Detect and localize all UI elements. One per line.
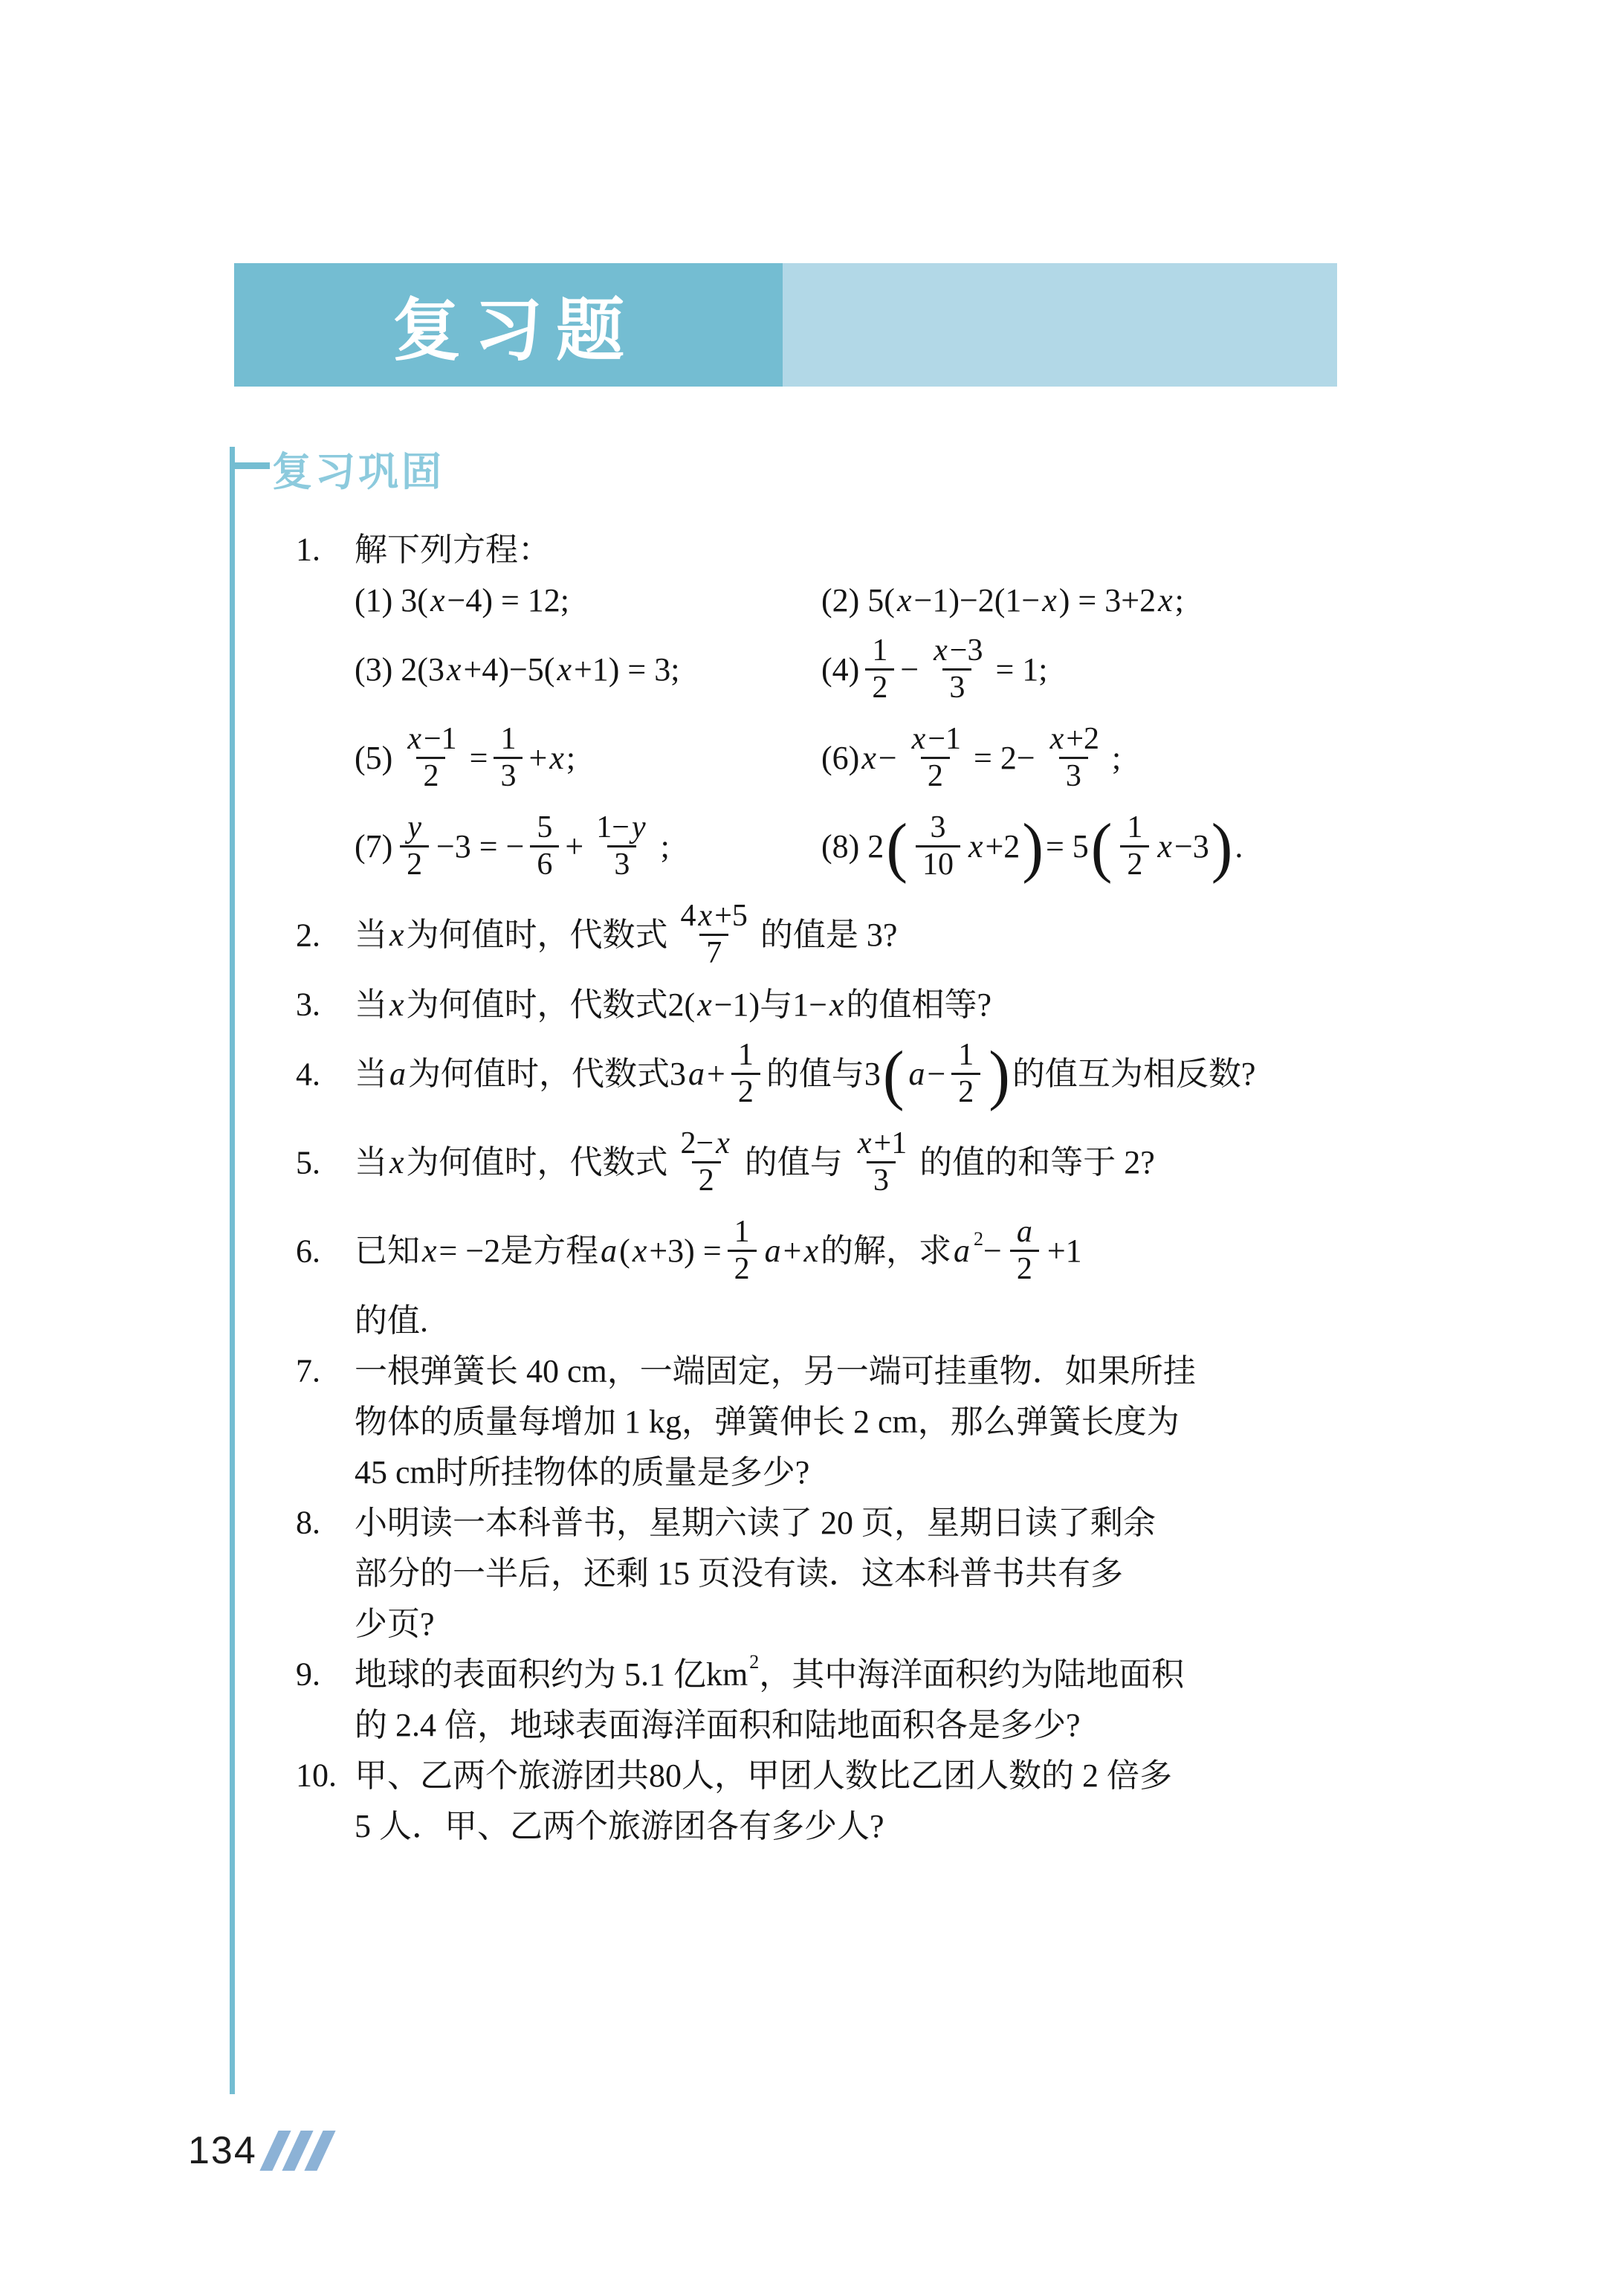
fraction: x−12 (903, 722, 968, 794)
math-run: = 1; (995, 649, 1047, 690)
math-run: 2− (681, 1126, 714, 1161)
text-run: 为何值时，代数式 (408, 1053, 670, 1094)
banner-light-panel (783, 263, 1337, 387)
math-run: 7 (706, 936, 722, 971)
fraction-denominator: 2 (692, 1161, 721, 1198)
fraction-numerator: 1 (731, 1038, 760, 1073)
math-variable: x (696, 899, 715, 934)
fraction: 12 (731, 1038, 760, 1110)
fraction: 13 (494, 722, 523, 794)
math-run: − (900, 649, 919, 690)
math-variable: x (1048, 722, 1067, 757)
text-run: 的值是 3? (760, 914, 898, 955)
math-run: 1 (500, 722, 516, 757)
equation: (6) x−x−12 = 2−x+23; (821, 717, 1121, 798)
fraction-denominator: 3 (494, 757, 523, 794)
equation: (1) 3(x−4) = 12; (355, 580, 821, 621)
math-variable: x (387, 1142, 407, 1183)
math-run: 2 (1017, 1252, 1032, 1287)
page-title: 复习题 (379, 276, 638, 374)
math-variable: x (859, 737, 879, 778)
problem: 1.解下列方程：(1) 3(x−4) = 12;(2) 5(x−1)−2(1−x… (296, 528, 1470, 887)
math-variable: x (714, 1126, 732, 1161)
problem: 4.当 a 为何值时，代数式 3a+12 的值与 3(a−12) 的值互为相反数… (296, 1033, 1470, 1114)
math-run: −1 (928, 722, 961, 757)
math-run: +4)−5( (464, 649, 555, 690)
fraction-denominator: 3 (867, 1161, 896, 1198)
problem-row: 3.当 x 为何值时，代数式 2(x−1) 与 1−x 的值相等? (355, 983, 1470, 1026)
fraction: x−12 (398, 722, 463, 794)
problem-row: 部分的一半后，还剩 15 页没有读．这本科普书共有多 (355, 1551, 1470, 1595)
math-variable: a (1015, 1215, 1035, 1250)
math-run: − (983, 1230, 1002, 1271)
problem-number: 7. (296, 1351, 320, 1392)
text-run: 当 (355, 914, 387, 955)
fraction-numerator: 1 (951, 1038, 980, 1073)
math-variable: y (405, 810, 424, 845)
problem-row: 10.甲、乙两个旅游团共80人，甲团人数比乙团人数的 2 倍多 (355, 1754, 1470, 1797)
fraction-numerator: x+2 (1041, 722, 1106, 757)
problem-row: (5) x−12 = 13+x;(6) x−x−12 = 2−x+23; (355, 717, 1470, 798)
text-run: 一根弹簧长 40 cm，一端固定，另一端可挂重物．如果所挂 (355, 1351, 1196, 1392)
math-run: −4) = 12; (447, 580, 570, 621)
math-variable: y (630, 810, 648, 845)
math-run: 1− (792, 984, 827, 1025)
text-run: ，其中海洋面积约为陆地面积 (759, 1654, 1184, 1695)
fraction-numerator: x+1 (849, 1126, 913, 1161)
math-variable: x (387, 914, 407, 955)
problem-row: (1) 3(x−4) = 12;(2) 5(x−1)−2(1−x) = 3+2x… (355, 578, 1470, 621)
problem-row: 8.小明读一本科普书，星期六读了 20 页，星期日读了剩余 (355, 1501, 1470, 1544)
math-variable: a (598, 1230, 619, 1271)
fraction-denominator: 6 (530, 845, 559, 882)
math-run: 1− (596, 810, 630, 845)
problem-row: 1.解下列方程： (355, 528, 1470, 571)
fraction: 4x+57 (674, 899, 754, 971)
math-run: +2 (1066, 722, 1099, 757)
math-run: 2 (734, 1252, 750, 1287)
math-variable: a (686, 1053, 707, 1094)
fraction-numerator: 1 (1120, 810, 1149, 845)
problem: 3.当 x 为何值时，代数式 2(x−1) 与 1−x 的值相等? (296, 983, 1470, 1026)
fraction-numerator: a (1008, 1215, 1041, 1250)
math-run: − (879, 737, 897, 778)
section-tick-mark (230, 462, 270, 469)
math-run: + (783, 1230, 802, 1271)
math-run: 2 (958, 1075, 974, 1110)
text-run: 少页? (355, 1604, 435, 1644)
math-run: 3 (930, 810, 945, 845)
fraction: 12 (1120, 810, 1149, 882)
math-variable: a (951, 1230, 972, 1271)
math-run: 1 (872, 633, 887, 668)
math-run: 3 (500, 759, 516, 794)
problem-number: 4. (296, 1053, 320, 1094)
math-run: = −2 (439, 1230, 501, 1271)
math-run: +5 (714, 899, 748, 934)
fraction-denominator: 3 (942, 668, 971, 705)
math-run: 3 (1066, 759, 1081, 794)
fraction-numerator: 1 (728, 1215, 757, 1250)
fraction: x+13 (849, 1126, 913, 1198)
problem-number: 2. (296, 914, 320, 955)
math-run: +1 (1047, 1230, 1082, 1271)
text-run: 当 (355, 1142, 387, 1183)
fraction-denominator: 2 (1120, 845, 1149, 882)
math-variable: x (630, 1230, 650, 1271)
math-run: = 2− (974, 737, 1035, 778)
math-run: 3 (949, 671, 965, 705)
math-run: ; (1175, 580, 1184, 621)
math-variable: x (1156, 580, 1175, 621)
text-run: 的值的和等于 2? (919, 1142, 1155, 1183)
math-run: 2 (738, 1075, 754, 1110)
math-run: 4 (681, 899, 696, 934)
math-run: = 5 (1046, 826, 1089, 867)
equation: (2) 5(x−1)−2(1−x) = 3+2x; (821, 580, 1184, 621)
math-variable: x (827, 984, 847, 1025)
math-variable: a (906, 1053, 927, 1094)
math-variable: x (420, 1230, 439, 1271)
math-variable: x (1040, 580, 1059, 621)
math-variable: x (855, 1126, 874, 1161)
text-run: 为何值时，代数式 (407, 984, 668, 1025)
math-run: +1 (874, 1126, 908, 1161)
math-run: −3 (950, 633, 983, 668)
fraction-numerator: 5 (530, 810, 559, 845)
text-run: 的值与 (745, 1142, 843, 1183)
text-run: 的 2.4 倍，地球表面海洋面积和陆地面积各是多少? (355, 1705, 1081, 1746)
text-run: 为何值时，代数式 (407, 914, 668, 955)
problem-number: 10. (296, 1755, 337, 1796)
math-run: (1) 3( (355, 580, 428, 621)
math-run: 1 (738, 1038, 754, 1073)
fraction-denominator: 2 (865, 668, 894, 705)
left-vertical-rule (230, 447, 235, 2094)
math-run: (3) 2(3 (355, 649, 444, 690)
math-run: +1) = 3; (574, 649, 680, 690)
math-run: −3 (1174, 826, 1209, 867)
math-variable: x (801, 1230, 821, 1271)
math-variable: x (931, 633, 950, 668)
fraction: 310 (916, 810, 960, 882)
math-variable: x (1155, 826, 1174, 867)
math-run: (2) 5( (821, 580, 895, 621)
fraction: x−33 (925, 633, 989, 705)
fraction-numerator: x−1 (903, 722, 968, 757)
problem: 8.小明读一本科普书，星期六读了 20 页，星期日读了剩余部分的一半后，还剩 1… (296, 1501, 1470, 1645)
problem-row: 5 人．甲、乙两个旅游团各有多少人? (355, 1804, 1470, 1847)
fraction-numerator: 1 (494, 722, 523, 757)
page-number: 134 (188, 2128, 257, 2173)
problem-row: (7) y2−3 = −56+1−y3;(8) 2(310x+2) = 5(12… (355, 806, 1470, 887)
math-run: +2 (985, 826, 1020, 867)
text-run: 小明读一本科普书，星期六读了 20 页，星期日读了剩余 (355, 1502, 1156, 1543)
fraction: 2−x2 (674, 1126, 739, 1198)
math-variable: x (910, 722, 928, 757)
problem-number: 5. (296, 1142, 320, 1183)
math-run: 1 (734, 1215, 750, 1250)
problem-row: 6.已知 x = −2 是方程 a(x+3) = 12a+x 的解，求 a2−a… (355, 1210, 1470, 1291)
problem: 10.甲、乙两个旅游团共80人，甲团人数比乙团人数的 2 倍多5 人．甲、乙两个… (296, 1754, 1470, 1847)
math-variable: x (895, 580, 914, 621)
math-variable: x (405, 722, 424, 757)
text-run: 地球的表面积约为 5.1 亿 (355, 1654, 706, 1695)
fraction-denominator: 2 (921, 757, 950, 794)
section-title: 复习巩固 (272, 440, 444, 497)
fraction-numerator: x−1 (398, 722, 463, 757)
text-run: 是方程 (500, 1230, 598, 1271)
problem-list: 1.解下列方程：(1) 3(x−4) = 12;(2) 5(x−1)−2(1−x… (296, 520, 1470, 1855)
fraction: 12 (728, 1215, 757, 1287)
math-run: + (528, 737, 547, 778)
problem-row: 物体的质量每增加 1 kg，弹簧伸长 2 cm，那么弹簧长度为 (355, 1400, 1470, 1443)
math-variable: x (428, 580, 447, 621)
fraction-denominator: 3 (607, 845, 636, 882)
math-run: 2 (423, 759, 439, 794)
math-variable: a (387, 1053, 408, 1094)
math-run: (4) (821, 649, 859, 690)
math-run: +3) = (649, 1230, 721, 1271)
fraction: x+23 (1041, 722, 1106, 794)
fraction-numerator: y (398, 810, 430, 845)
math-run: −1) (714, 984, 760, 1025)
fraction: 56 (530, 810, 559, 882)
text-run: 解下列方程： (355, 529, 551, 570)
fraction-numerator: x−3 (925, 633, 989, 668)
text-run: 甲、乙两个旅游团共80人，甲团人数比乙团人数的 2 倍多 (355, 1755, 1172, 1796)
math-run: (5) (355, 737, 392, 778)
problem: 7.一根弹簧长 40 cm，一端固定，另一端可挂重物．如果所挂物体的质量每增加 … (296, 1349, 1470, 1494)
problem-row: 的值. (355, 1299, 1470, 1342)
math-run: 3 (864, 1053, 881, 1094)
text-run: 部分的一半后，还剩 15 页没有读．这本科普书共有多 (355, 1553, 1123, 1594)
math-run: ( (619, 1230, 630, 1271)
page-footer: 134 (188, 2128, 336, 2173)
problem: 2.当 x 为何值时，代数式 4x+57 的值是 3? (296, 894, 1470, 975)
fraction: 12 (951, 1038, 980, 1110)
math-run: + (565, 826, 583, 867)
math-run: 5 (537, 810, 552, 845)
math-run: − (927, 1053, 945, 1094)
problem-row: 9.地球的表面积约为 5.1 亿 km2，其中海洋面积约为陆地面积 (355, 1653, 1470, 1696)
text-run: 物体的质量每增加 1 kg，弹簧伸长 2 cm，那么弹簧长度为 (355, 1401, 1180, 1442)
math-run: 2 (407, 847, 422, 882)
text-run: 的值互为相反数? (1012, 1053, 1256, 1094)
math-run: 10 (922, 847, 954, 882)
equation: (7) y2−3 = −56+1−y3; (355, 806, 821, 887)
math-run: 3 (670, 1053, 686, 1094)
math-run: 2 (872, 671, 887, 705)
equation: (8) 2(310x+2) = 5(12x−3). (821, 806, 1243, 887)
problem-row: 少页? (355, 1602, 1470, 1645)
problem-row: 的 2.4 倍，地球表面海洋面积和陆地面积各是多少? (355, 1703, 1470, 1746)
problem-number: 8. (296, 1502, 320, 1543)
fraction-numerator: 4x+5 (674, 899, 754, 934)
math-variable: x (695, 984, 714, 1025)
math-run: 2 (1127, 847, 1142, 882)
problem-row: 2.当 x 为何值时，代数式 4x+57 的值是 3? (355, 894, 1470, 975)
math-run: 2 (928, 759, 943, 794)
math-run: (6) (821, 737, 859, 778)
text-run: 的值与 (766, 1053, 864, 1094)
fraction-denominator: 2 (728, 1250, 757, 1287)
problem-row: 5.当 x 为何值时，代数式 2−x2 的值与 x+13 的值的和等于 2? (355, 1122, 1470, 1203)
fraction-denominator: 2 (731, 1073, 760, 1110)
math-run: −1)−2(1− (914, 580, 1041, 621)
math-run: 2 (699, 1163, 714, 1198)
fraction-numerator: 2−x (674, 1126, 739, 1161)
math-run: + (707, 1053, 725, 1094)
math-run: km (706, 1654, 748, 1695)
fraction-numerator: 1 (865, 633, 894, 668)
math-variable: x (547, 737, 566, 778)
fraction-denominator: 2 (951, 1073, 980, 1110)
math-variable: x (966, 826, 986, 867)
math-run: 3 (614, 847, 630, 882)
text-run: 当 (355, 984, 387, 1025)
math-variable: x (554, 649, 574, 690)
fraction: 12 (865, 633, 894, 705)
math-variable: x (387, 984, 407, 1025)
problem-row: (3) 2(3x+4)−5(x+1) = 3;(4) 12−x−33 = 1; (355, 629, 1470, 710)
fraction-denominator: 2 (416, 757, 445, 794)
equation: (4) 12−x−33 = 1; (821, 629, 1048, 710)
problem-row: 7.一根弹簧长 40 cm，一端固定，另一端可挂重物．如果所挂 (355, 1349, 1470, 1392)
fraction-numerator: 1−y (589, 810, 654, 845)
math-run: = (470, 737, 488, 778)
text-run: 已知 (355, 1230, 420, 1271)
fraction-denominator: 10 (916, 845, 960, 882)
math-run: −3 = − (436, 826, 524, 867)
problem-number: 6. (296, 1230, 320, 1271)
textbook-page: { "banner": { "title": "复习题" }, "section… (0, 0, 1624, 2283)
equation: (3) 2(3x+4)−5(x+1) = 3; (355, 649, 821, 690)
fraction: 1−y3 (589, 810, 654, 882)
fraction-numerator: 3 (923, 810, 952, 845)
math-run: 1 (958, 1038, 974, 1073)
equation: (5) x−12 = 13+x; (355, 717, 821, 798)
math-run: ) = 3+2 (1059, 580, 1156, 621)
text-run: 的值相等? (847, 984, 992, 1025)
problem-number: 1. (296, 529, 320, 570)
text-run: 5 人．甲、乙两个旅游团各有多少人? (355, 1806, 884, 1847)
math-run: 2( (668, 984, 696, 1025)
math-run: . (1235, 826, 1243, 867)
triple-slash-icon (269, 2131, 336, 2171)
math-run: (8) 2 (821, 826, 884, 867)
math-variable: a (763, 1230, 783, 1271)
problem-row: 4.当 a 为何值时，代数式 3a+12 的值与 3(a−12) 的值互为相反数… (355, 1033, 1470, 1114)
math-run: 3 (873, 1163, 889, 1198)
text-run: 为何值时，代数式 (407, 1142, 668, 1183)
fraction-denominator: 3 (1059, 757, 1088, 794)
problem-row: 45 cm时所挂物体的质量是多少? (355, 1450, 1470, 1494)
math-run: −1 (424, 722, 457, 757)
text-run: 的值. (355, 1300, 428, 1341)
fraction: a2 (1008, 1215, 1041, 1287)
fraction: y2 (398, 810, 430, 882)
math-run: ; (566, 737, 575, 778)
text-run: 当 (355, 1053, 387, 1094)
math-run: 1 (1127, 810, 1142, 845)
problem: 6.已知 x = −2 是方程 a(x+3) = 12a+x 的解，求 a2−a… (296, 1210, 1470, 1342)
problem-number: 3. (296, 984, 320, 1025)
problem-number: 9. (296, 1654, 320, 1695)
superscript: 2 (974, 1227, 983, 1252)
chapter-banner: 复习题 (234, 263, 1337, 387)
math-run: ; (661, 826, 670, 867)
text-run: 与 (760, 984, 792, 1025)
fraction-denominator: 2 (1010, 1250, 1039, 1287)
math-run: ; (1112, 737, 1121, 778)
math-run: 6 (537, 847, 552, 882)
text-run: 的解，求 (821, 1230, 951, 1271)
fraction-denominator: 2 (400, 845, 429, 882)
math-variable: x (444, 649, 464, 690)
fraction-denominator: 7 (699, 934, 728, 971)
text-run: 45 cm时所挂物体的质量是多少? (355, 1452, 809, 1493)
banner-dark-panel: 复习题 (234, 263, 783, 387)
problem: 5.当 x 为何值时，代数式 2−x2 的值与 x+13 的值的和等于 2? (296, 1122, 1470, 1203)
math-run: (7) (355, 826, 392, 867)
superscript: 2 (749, 1650, 759, 1675)
problem: 9.地球的表面积约为 5.1 亿 km2，其中海洋面积约为陆地面积的 2.4 倍… (296, 1653, 1470, 1746)
